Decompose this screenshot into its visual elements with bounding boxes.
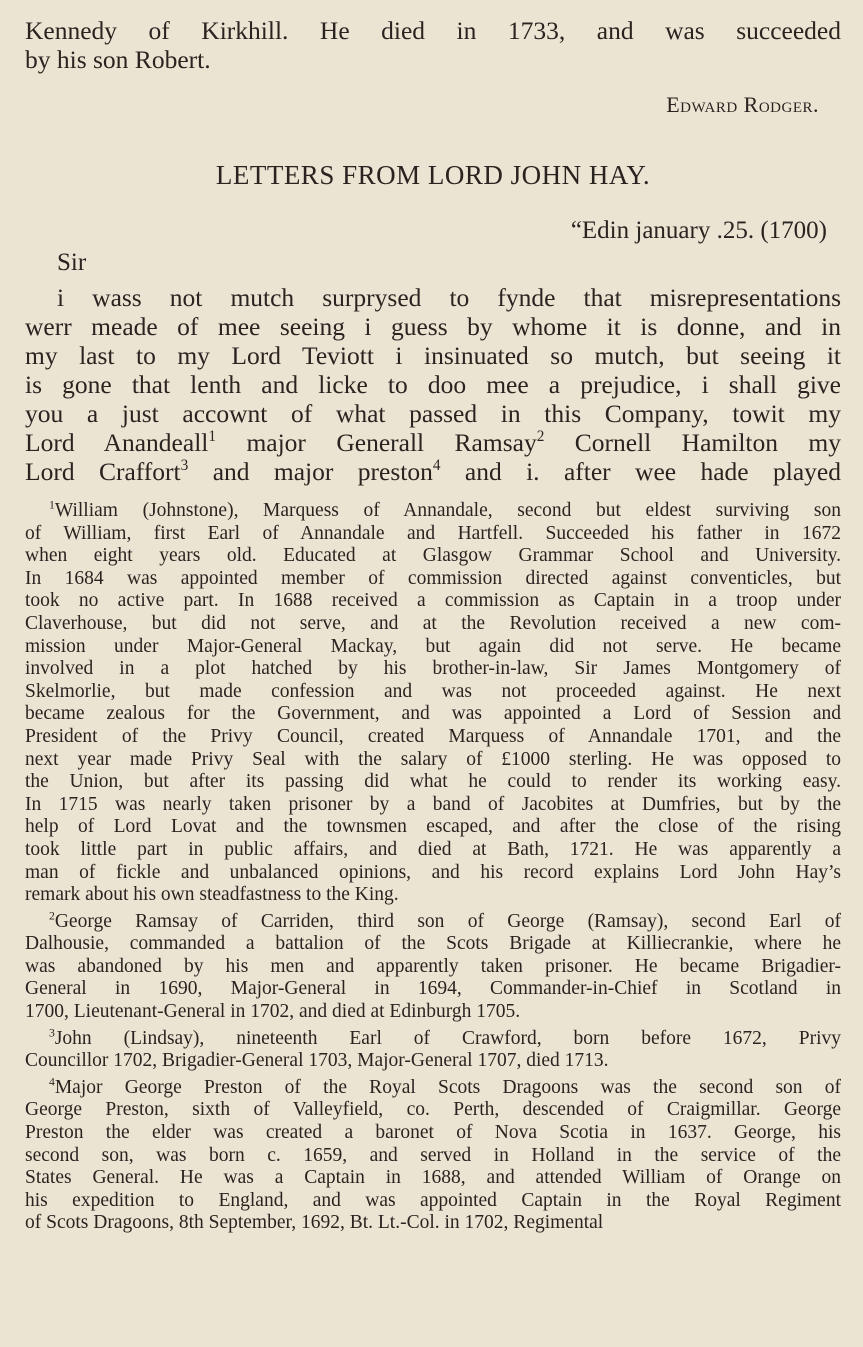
author-signature: Edward Rodger. xyxy=(25,92,819,118)
footnote-ref-1[interactable]: 1 xyxy=(208,428,216,445)
footnote-line: 1William (Johnstone), Marquess of Annand… xyxy=(25,500,841,523)
footnote-line: President of the Privy Council, created … xyxy=(25,726,841,749)
footnote-1: 1William (Johnstone), Marquess of Annand… xyxy=(25,500,841,907)
text-line: my last to my Lord Teviott i insinuated … xyxy=(25,341,841,370)
footnote-line: his expedition to England, and was appoi… xyxy=(25,1190,841,1213)
footnote-line: of Scots Dragoons, 8th September, 1692, … xyxy=(25,1212,841,1235)
preceding-article-ending: Kennedy of Kirkhill. He died in 1733, an… xyxy=(25,16,841,74)
footnote-line: George Preston, sixth of Valleyfield, co… xyxy=(25,1099,841,1122)
footnotes: 1William (Johnstone), Marquess of Annand… xyxy=(25,500,841,1235)
letter-body: i wass not mutch surprysed to fynde that… xyxy=(25,283,841,486)
footnote-line: next year made Privy Seal with the salar… xyxy=(25,749,841,772)
footnote-line: Dalhousie, commanded a battalion of the … xyxy=(25,933,841,956)
text-line: Lord Craffort3 and major preston4 and i.… xyxy=(25,457,841,486)
footnote-line: was abandoned by his men and apparently … xyxy=(25,956,841,979)
footnote-4: 4Major George Preston of the Royal Scots… xyxy=(25,1077,841,1235)
text-line: by his son Robert. xyxy=(25,45,841,74)
footnote-line: of William, first Earl of Annandale and … xyxy=(25,523,841,546)
footnote-line: man of fickle and unbalanced opinions, a… xyxy=(25,862,841,885)
footnote-line: 2George Ramsay of Carriden, third son of… xyxy=(25,911,841,934)
footnote-line: Skelmorlie, but made confession and was … xyxy=(25,681,841,704)
article-title: LETTERS FROM LORD JOHN HAY. xyxy=(25,160,841,191)
footnote-line: remark about his own steadfastness to th… xyxy=(25,884,841,907)
footnote-line: General in 1690, Major-General in 1694, … xyxy=(25,978,841,1001)
footnote-line: when eight years old. Educated at Glasgo… xyxy=(25,545,841,568)
footnote-line: States General. He was a Captain in 1688… xyxy=(25,1167,841,1190)
footnote-line: involved in a plot hatched by his brothe… xyxy=(25,658,841,681)
footnote-line: In 1715 was nearly taken prisoner by a b… xyxy=(25,794,841,817)
footnote-line: 3John (Lindsay), nineteenth Earl of Craw… xyxy=(25,1028,841,1051)
footnote-line: 1700, Lieutenant-General in 1702, and di… xyxy=(25,1001,841,1024)
footnote-line: became zealous for the Government, and w… xyxy=(25,703,841,726)
footnote-3: 3John (Lindsay), nineteenth Earl of Craw… xyxy=(25,1028,841,1073)
footnote-2: 2George Ramsay of Carriden, third son of… xyxy=(25,911,841,1024)
footnote-line: took no active part. In 1688 received a … xyxy=(25,590,841,613)
text-line: you a just accownt of what passed in thi… xyxy=(25,399,841,428)
footnote-line: Councillor 1702, Brigadier-General 1703,… xyxy=(25,1050,841,1073)
text-line: is gone that lenth and licke to doo mee … xyxy=(25,370,841,399)
footnote-line: took little part in public affairs, and … xyxy=(25,839,841,862)
letter-dateline: “Edin january .25. (1700) xyxy=(25,217,827,245)
footnote-ref-4[interactable]: 4 xyxy=(433,457,441,474)
letter-salutation: Sir xyxy=(57,249,841,277)
footnote-line: Claverhouse, but did not serve, and at t… xyxy=(25,613,841,636)
footnote-line: 4Major George Preston of the Royal Scots… xyxy=(25,1077,841,1100)
text-line: Lord Anandeall1 major Generall Ramsay2 C… xyxy=(25,428,841,457)
text-line: Kennedy of Kirkhill. He died in 1733, an… xyxy=(25,16,841,45)
text-line: i wass not mutch surprysed to fynde that… xyxy=(25,283,841,312)
footnote-line: help of Lord Lovat and the townsmen esca… xyxy=(25,816,841,839)
footnote-line: second son, was born c. 1659, and served… xyxy=(25,1145,841,1168)
footnote-line: mission under Major-General Mackay, but … xyxy=(25,636,841,659)
footnote-line: Preston the elder was created a baronet … xyxy=(25,1122,841,1145)
text-line: werr meade of mee seeing i guess by whom… xyxy=(25,312,841,341)
book-page: Kennedy of Kirkhill. He died in 1733, an… xyxy=(25,0,841,1239)
footnote-line: In 1684 was appointed member of commissi… xyxy=(25,568,841,591)
footnote-line: the Union, but after its passing did wha… xyxy=(25,771,841,794)
